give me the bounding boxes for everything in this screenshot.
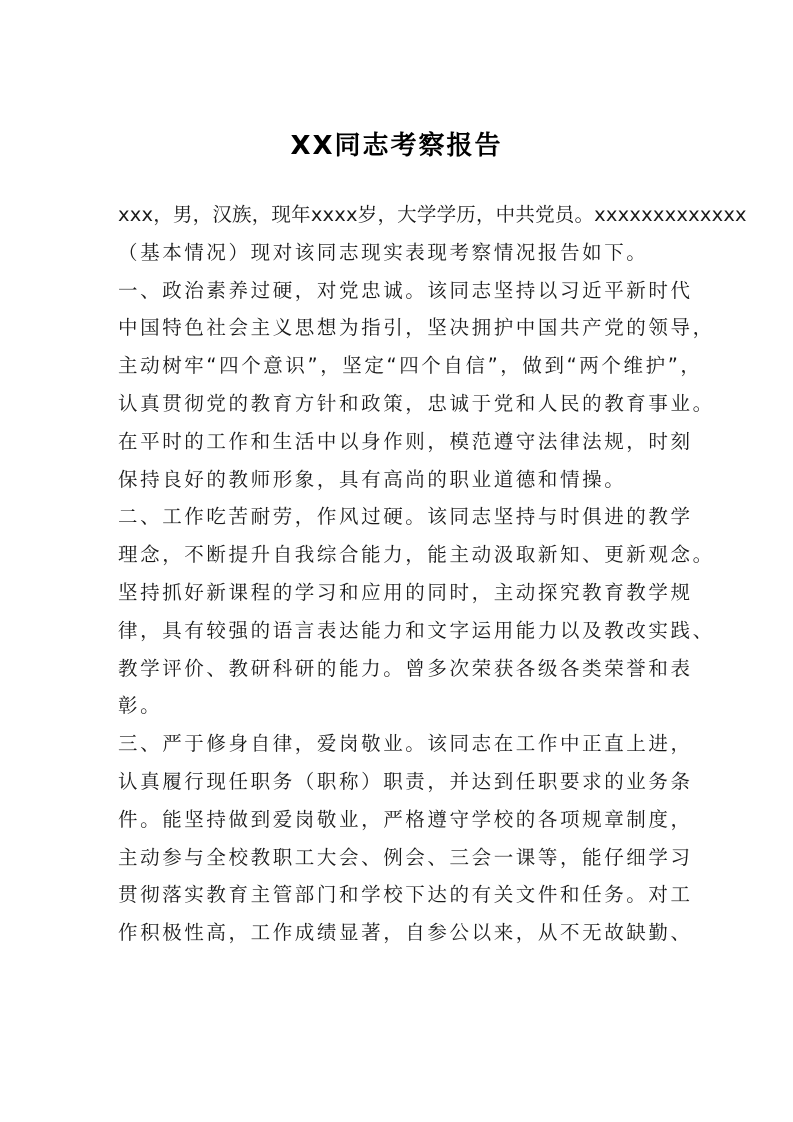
section-heading-work: 二、工作吃苦耐劳，作风过硬。该同志坚持与时俱进的教学 xyxy=(118,498,688,536)
body-line: 理念，不断提升自我综合能力，能主动汲取新知、更新观念。 xyxy=(118,536,688,574)
body-line: 彰。 xyxy=(118,687,688,725)
document-page: XX同志考察报告 xxx，男，汉族，现年xxxx岁，大学学历，中共党员。xxxx… xyxy=(0,0,793,1122)
body-line: 作积极性高，工作成绩显著，自参公以来，从不无故缺勤、 xyxy=(118,914,688,952)
body-line: 认真贯彻党的教育方针和政策，忠诚于党和人民的教育事业。 xyxy=(118,385,688,423)
body-line: 坚持抓好新课程的学习和应用的同时，主动探究教育教学规 xyxy=(118,574,688,612)
body-line: 教学评价、教研科研的能力。曾多次荣获各级各类荣誉和表 xyxy=(118,650,688,688)
body-line: 中国特色社会主义思想为指引，坚决拥护中国共产党的领导， xyxy=(118,309,688,347)
document-body: xxx，男，汉族，现年xxxx岁，大学学历，中共党员。xxxxxxxxxxxxx… xyxy=(118,196,688,952)
section-heading-discipline: 三、严于修身自律，爱岗敬业。该同志在工作中正直上进， xyxy=(118,725,688,763)
body-line: 律，具有较强的语言表达能力和文字运用能力以及教改实践、 xyxy=(118,612,688,650)
body-line: （基本情况）现对该同志现实表现考察情况报告如下。 xyxy=(118,234,688,272)
body-line: 认真履行现任职务（职称）职责，并达到任职要求的业务条 xyxy=(118,763,688,801)
body-line: 主动参与全校教职工大会、例会、三会一课等，能仔细学习 xyxy=(118,839,688,877)
body-line: 贯彻落实教育主管部门和学校下达的有关文件和任务。对工 xyxy=(118,876,688,914)
section-heading-politics: 一、政治素养过硬，对党忠诚。该同志坚持以习近平新时代 xyxy=(118,272,688,310)
body-line: 在平时的工作和生活中以身作则，模范遵守法律法规，时刻 xyxy=(118,423,688,461)
body-line: 保持良好的教师形象，具有高尚的职业道德和情操。 xyxy=(118,461,688,499)
document-title: XX同志考察报告 xyxy=(0,128,793,164)
body-line: 主动树牢“四个意识”，坚定“四个自信”，做到“两个维护”， xyxy=(118,347,688,385)
body-line: 件。能坚持做到爱岗敬业，严格遵守学校的各项规章制度， xyxy=(118,801,688,839)
body-line-basic-info: xxx，男，汉族，现年xxxx岁，大学学历，中共党员。xxxxxxxxxxxxx xyxy=(118,196,688,234)
